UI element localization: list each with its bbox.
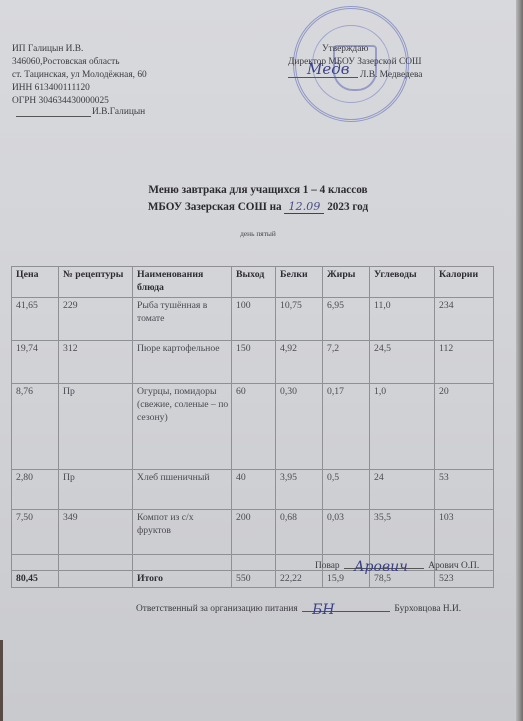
document-page: ИП Галицын И.В. 346060,Ростовская област… [0,0,516,721]
responsible-label: Ответственный за организацию питания [136,604,298,614]
cell-carbs: 1,0 [370,384,435,470]
cell-fats: 0,17 [323,384,370,470]
table-row: 8,76ПрОгурцы, помидоры (свежие, соленые … [12,384,494,470]
cook-name: Арович О.П. [428,561,479,571]
responsible-signature-line: БН [302,611,390,612]
cell-fats: 7,2 [323,341,370,384]
table-total-row: 80,45Итого55022,2215,978,5523 [12,571,494,588]
director-signature: Медв [307,60,349,78]
org-name: ИП Галицын И.В. [12,43,147,56]
cell-carbs: 24,5 [370,341,435,384]
cell-recipe-number: Пр [59,384,133,470]
menu-table: Цена № рецептуры Наименования блюда Выхо… [11,266,494,588]
total-proteins: 22,22 [276,571,323,588]
cell-fats: 0,5 [323,470,370,510]
cell-calories: 103 [435,510,494,555]
total-calories: 523 [435,571,494,588]
cook-signature-block: Повар Арович Арович О.П. [315,561,479,571]
table-row: 2,80ПрХлеб пшеничный403,950,52453 [12,470,494,510]
org-inn: ИНН 613400111120 [12,82,147,95]
responsible-name: Бурховцова Н.И. [394,604,461,614]
cell-portion: 150 [232,341,276,384]
total-price: 80,45 [12,571,59,588]
cell-calories: 20 [435,384,494,470]
cell-calories: 112 [435,341,494,384]
signature-line-left [16,116,91,117]
cell-calories: 53 [435,470,494,510]
cell-calories: 234 [435,298,494,341]
total-portion: 550 [232,571,276,588]
cell-recipe-number: 229 [59,298,133,341]
table-row: 41,65229Рыба тушённая в томате10010,756,… [12,298,494,341]
cell-proteins: 4,92 [276,341,323,384]
cell-portion: 60 [232,384,276,470]
cook-signature: Арович [354,559,408,575]
approver-name: Л.В. Медведева [360,70,422,80]
table-row: 7,50349Компот из с/х фруктов2000,680,033… [12,510,494,555]
menu-title: Меню завтрака для учащихся 1 – 4 классов [0,184,516,196]
cell-recipe-number: Пр [59,470,133,510]
cell-portion: 40 [232,470,276,510]
menu-date: 12.09 [284,200,324,214]
cell-portion: 100 [232,298,276,341]
org-signatory: И.В.Галицын [92,107,145,117]
cell-carbs: 35,5 [370,510,435,555]
cell-proteins: 10,75 [276,298,323,341]
org-address: ст. Тацинская, ул Молодёжная, 60 [12,69,147,82]
cell-fats: 6,95 [323,298,370,341]
menu-subtitle: МБОУ Зазерская СОШ на 12.09 2023 год [0,200,516,214]
cell-portion: 200 [232,510,276,555]
cell-dish-name: Пюре картофельное [133,341,232,384]
cell-price [12,555,59,571]
cell-price: 7,50 [12,510,59,555]
background-edge [0,640,3,721]
cell-portion [232,555,276,571]
cell-price: 19,74 [12,341,59,384]
cell-dish-name: Рыба тушённая в томате [133,298,232,341]
cell-dish-name: Огурцы, помидоры (свежие, соленые – по с… [133,384,232,470]
cell-price: 8,76 [12,384,59,470]
cell-recipe-number: 312 [59,341,133,384]
approval-label: Утверждаю [288,43,422,56]
cell-price: 41,65 [12,298,59,341]
responsible-signature-block: Ответственный за организацию питания БН … [136,604,461,614]
cook-label: Повар [315,561,340,571]
menu-day: день пятый [0,229,516,238]
header-recipe-number: № рецептуры [59,267,133,298]
cell-carbs: 11,0 [370,298,435,341]
total-dish-name: Итого [133,571,232,588]
header-portion: Выход [232,267,276,298]
header-proteins: Белки [276,267,323,298]
cell-proteins: 3,95 [276,470,323,510]
cell-proteins: 0,30 [276,384,323,470]
header-price: Цена [12,267,59,298]
cell-dish-name [133,555,232,571]
org-postal-region: 346060,Ростовская область [12,56,147,69]
school-prefix: МБОУ Зазерская СОШ на [148,201,282,213]
cell-fats: 0,03 [323,510,370,555]
header-dish-name: Наименования блюда [133,267,232,298]
table-row: 19,74312Пюре картофельное1504,927,224,51… [12,341,494,384]
year-suffix: 2023 год [327,201,368,213]
header-fats: Жиры [323,267,370,298]
cell-dish-name: Хлеб пшеничный [133,470,232,510]
organization-details: ИП Галицын И.В. 346060,Ростовская област… [12,43,147,108]
header-carbs: Углеводы [370,267,435,298]
cell-proteins: 0,68 [276,510,323,555]
cell-recipe-number: 349 [59,510,133,555]
cell-price: 2,80 [12,470,59,510]
cell-carbs: 24 [370,470,435,510]
cook-signature-line: Арович [344,568,424,569]
page-edge-shadow [516,0,523,721]
total-recipe-number [59,571,133,588]
responsible-signature: БН [312,602,335,618]
cell-dish-name: Компот из с/х фруктов [133,510,232,555]
header-calories: Калории [435,267,494,298]
cell-recipe-number [59,555,133,571]
table-header-row: Цена № рецептуры Наименования блюда Выхо… [12,267,494,298]
